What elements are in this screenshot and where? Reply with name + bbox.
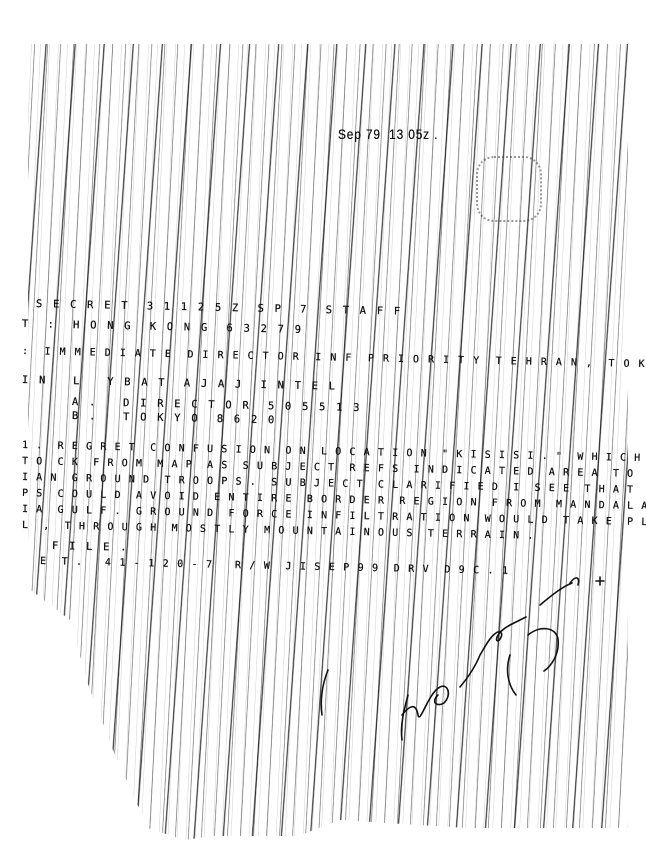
file-line: F I L E . (52, 540, 129, 554)
scanned-document-page: Sep 79 13 05z . S E C R E T 3 1 1 2 5 Z … (0, 0, 646, 857)
date-time-stamp: Sep 79 13 05z . (338, 126, 438, 142)
handwritten-signature (300, 575, 620, 750)
faded-stamp-mark (476, 156, 542, 222)
